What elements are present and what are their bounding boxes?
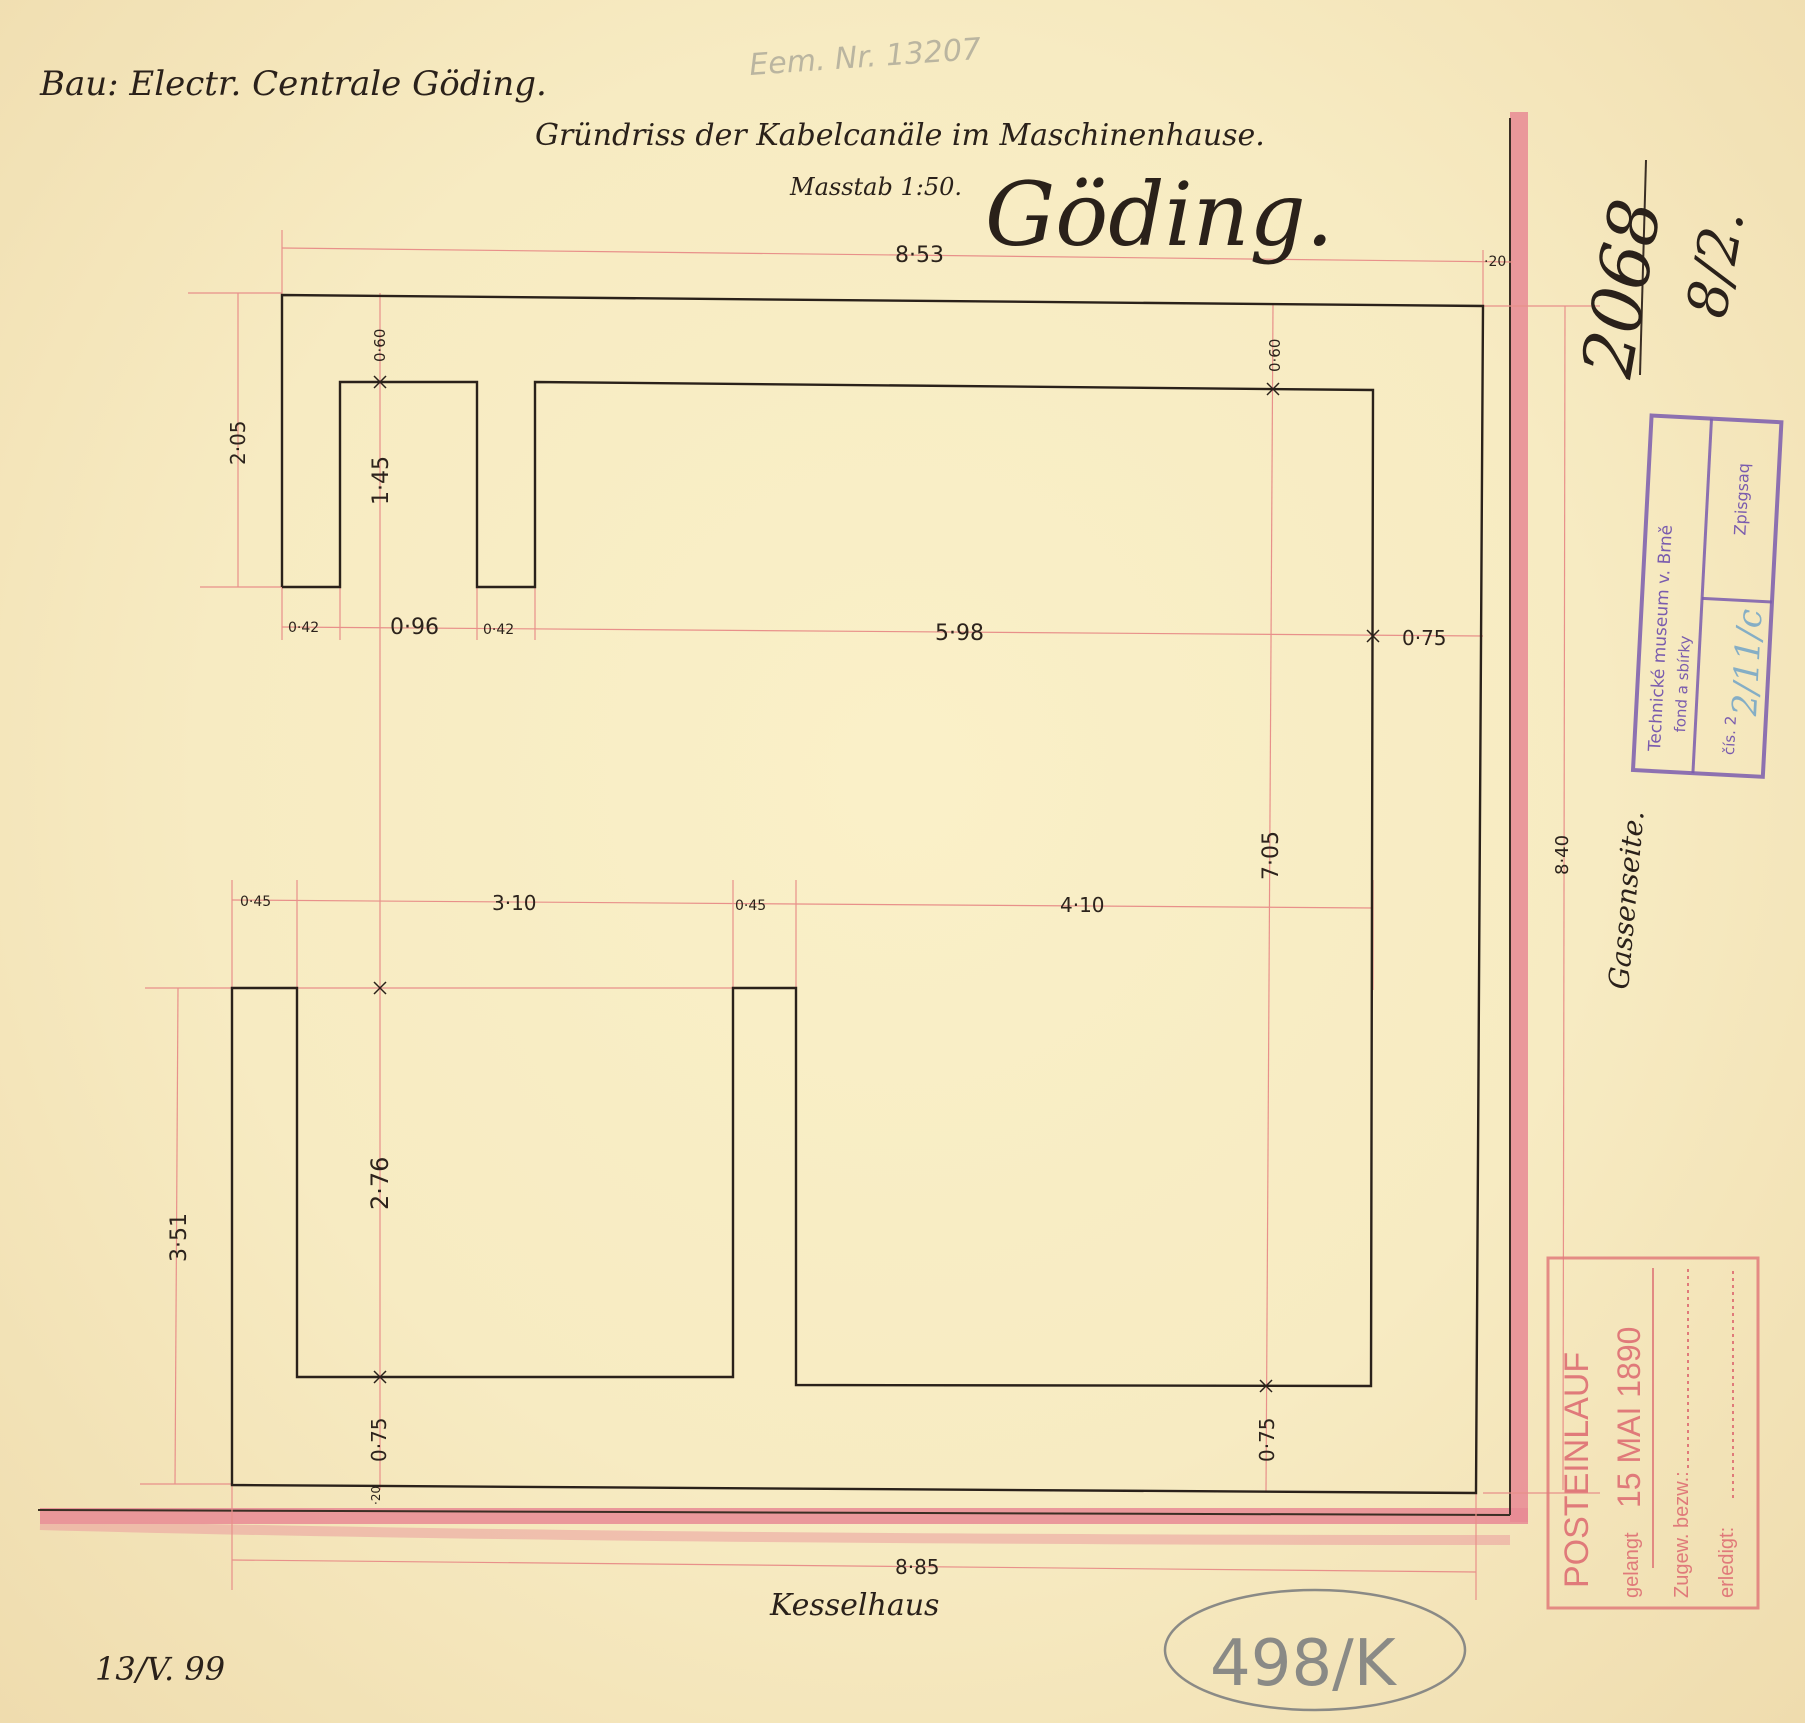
svg-text:7·05: 7·05	[1259, 831, 1284, 880]
svg-text:POSTEINLAUF: POSTEINLAUF	[1558, 1352, 1596, 1588]
svg-text:0·75: 0·75	[1255, 1417, 1279, 1462]
svg-text:gelangt: gelangt	[1621, 1532, 1643, 1598]
street-side-label: Gassenseite.	[1602, 809, 1650, 990]
svg-text:3·10: 3·10	[492, 891, 537, 915]
svg-text:2·76: 2·76	[366, 1157, 394, 1210]
svg-text:·20: ·20	[369, 1486, 383, 1505]
svg-text:3·51: 3·51	[167, 1213, 192, 1262]
tick-marks	[374, 376, 1379, 1392]
date-note: 13/V. 99	[95, 1650, 225, 1688]
svg-text:0·45: 0·45	[240, 894, 271, 910]
svg-text:fond a sbírky: fond a sbírky	[1671, 635, 1694, 733]
svg-text:Zpisgsaq: Zpisgsaq	[1730, 463, 1753, 536]
dimension-lines	[140, 230, 1600, 1600]
svg-text:0·42: 0·42	[288, 620, 319, 636]
svg-text:0·75: 0·75	[367, 1417, 391, 1462]
circled-reference: 498/K	[1165, 1590, 1465, 1710]
svg-text:2·05: 2·05	[226, 420, 250, 465]
museum-stamp: Technické museum v. Brně fond a sbírky č…	[1633, 415, 1781, 776]
svg-text:15 MAI 1890: 15 MAI 1890	[1611, 1327, 1647, 1508]
svg-text:2/11/c: 2/11/c	[1725, 608, 1771, 718]
archive-subnumber: 8/2.	[1675, 205, 1758, 323]
pink-walls	[38, 112, 1528, 1540]
svg-text:8·40: 8·40	[1552, 835, 1573, 875]
boiler-house-label: Kesselhaus	[769, 1588, 939, 1623]
svg-text:·20: ·20	[1484, 254, 1506, 270]
post-receipt-stamp: POSTEINLAUF gelangt 15 MAI 1890 Zugew. b…	[1548, 1258, 1758, 1608]
svg-text:498/K: 498/K	[1210, 1627, 1398, 1701]
channel-outline	[232, 295, 1483, 1493]
svg-text:0·45: 0·45	[735, 898, 766, 914]
project-heading: Bau: Electr. Centrale Göding.	[39, 64, 547, 104]
archive-number: 2068	[1566, 193, 1678, 384]
svg-text:0·75: 0·75	[1402, 626, 1447, 650]
svg-text:Zugew. bezw.:: Zugew. bezw.:	[1671, 1471, 1693, 1598]
svg-text:4·10: 4·10	[1060, 893, 1105, 917]
svg-text:1·45: 1·45	[369, 456, 394, 505]
svg-text:8·53: 8·53	[895, 243, 944, 268]
svg-text:0·42: 0·42	[483, 622, 514, 638]
svg-text:čís. 2: čís. 2	[1720, 715, 1740, 755]
place-signature: Göding.	[985, 163, 1334, 266]
svg-text:0·60: 0·60	[1266, 339, 1284, 372]
scale-label: Masstab 1:50.	[789, 173, 962, 201]
plan-title: Gründriss der Kabelcanäle im Maschinenha…	[535, 118, 1265, 153]
floor-plan-drawing: Bau: Electr. Centrale Göding. Gründriss …	[0, 0, 1805, 1723]
svg-text:0·96: 0·96	[390, 615, 439, 640]
svg-text:8·85: 8·85	[895, 1555, 940, 1579]
svg-text:5·98: 5·98	[935, 621, 984, 646]
svg-text:0·60: 0·60	[371, 329, 389, 362]
svg-text:erledigt:: erledigt:	[1716, 1527, 1738, 1598]
archive-pencil-number: Eem. Nr. 13207	[748, 32, 982, 83]
plan-sheet: Bau: Electr. Centrale Göding. Gründriss …	[0, 0, 1805, 1723]
